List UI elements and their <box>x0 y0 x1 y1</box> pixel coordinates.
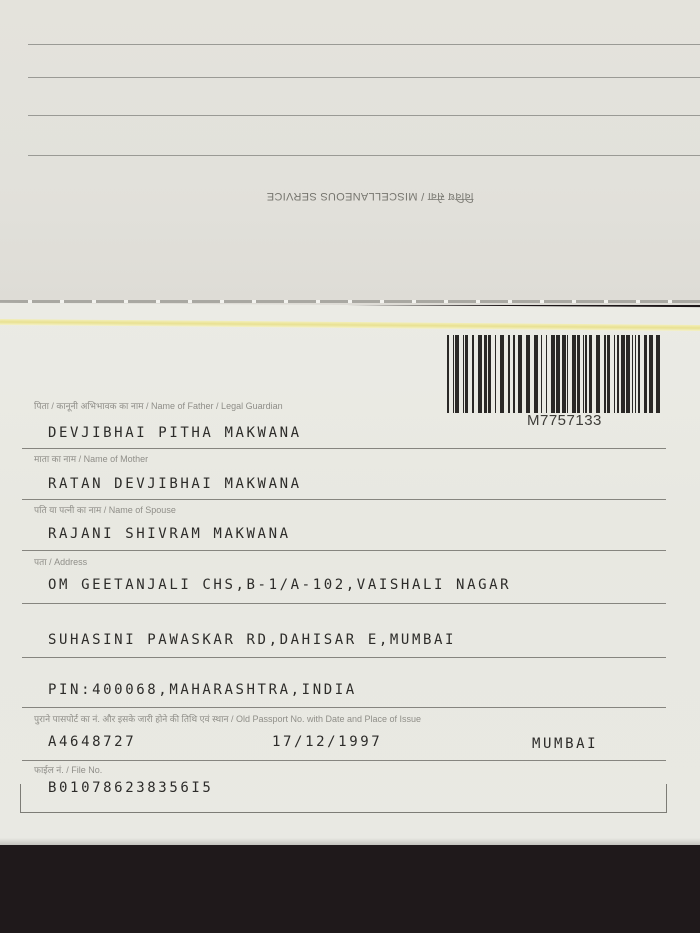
divider <box>22 550 666 551</box>
file-no-box <box>20 784 667 813</box>
divider <box>22 707 666 708</box>
old-passport-place: MUMBAI <box>532 736 598 752</box>
blank-line <box>28 115 700 116</box>
file-no-label: फाईल नं. / File No. <box>34 763 102 776</box>
old-passport-label: पुराने पासपोर्ट का नं. और इसके जारी होने… <box>34 712 421 725</box>
dark-background <box>0 845 700 933</box>
mother-label: माता का नाम / Name of Mother <box>34 452 148 465</box>
divider <box>22 603 666 604</box>
spouse-label: पति या पत्नी का नाम / Name of Spouse <box>34 503 176 516</box>
barcode-bar <box>660 335 664 413</box>
blank-line <box>28 77 700 78</box>
old-passport-number: A4648727 <box>48 734 136 750</box>
blank-line <box>28 155 700 156</box>
old-passport-date: 17/12/1997 <box>272 734 382 750</box>
father-name: DEVJIBHAI PITHA MAKWANA <box>48 425 302 441</box>
barcode-number: M7757133 <box>527 412 602 429</box>
address-line-2: SUHASINI PAWASKAR RD,DAHISAR E,MUMBAI <box>48 632 456 648</box>
previous-page: विविध सेवा / MISCELLANEOUS SERVICE <box>0 0 700 305</box>
father-label: पिता / कानूनी अभिभावक का नाम / Name of F… <box>34 399 283 412</box>
address-label: पता / Address <box>34 555 87 568</box>
spouse-name: RAJANI SHIVRAM MAKWANA <box>48 526 291 542</box>
divider <box>22 448 666 449</box>
divider <box>22 657 666 658</box>
address-line-3: PIN:400068,MAHARASHTRA,INDIA <box>48 682 357 698</box>
mother-name: RATAN DEVJIBHAI MAKWANA <box>48 476 302 492</box>
address-line-1: OM GEETANJALI CHS,B-1/A-102,VAISHALI NAG… <box>48 577 511 593</box>
divider <box>22 499 666 500</box>
blank-line <box>28 44 700 45</box>
misc-service-label: विविध सेवा / MISCELLANEOUS SERVICE <box>235 189 505 204</box>
divider <box>22 760 666 761</box>
barcode <box>447 335 696 413</box>
